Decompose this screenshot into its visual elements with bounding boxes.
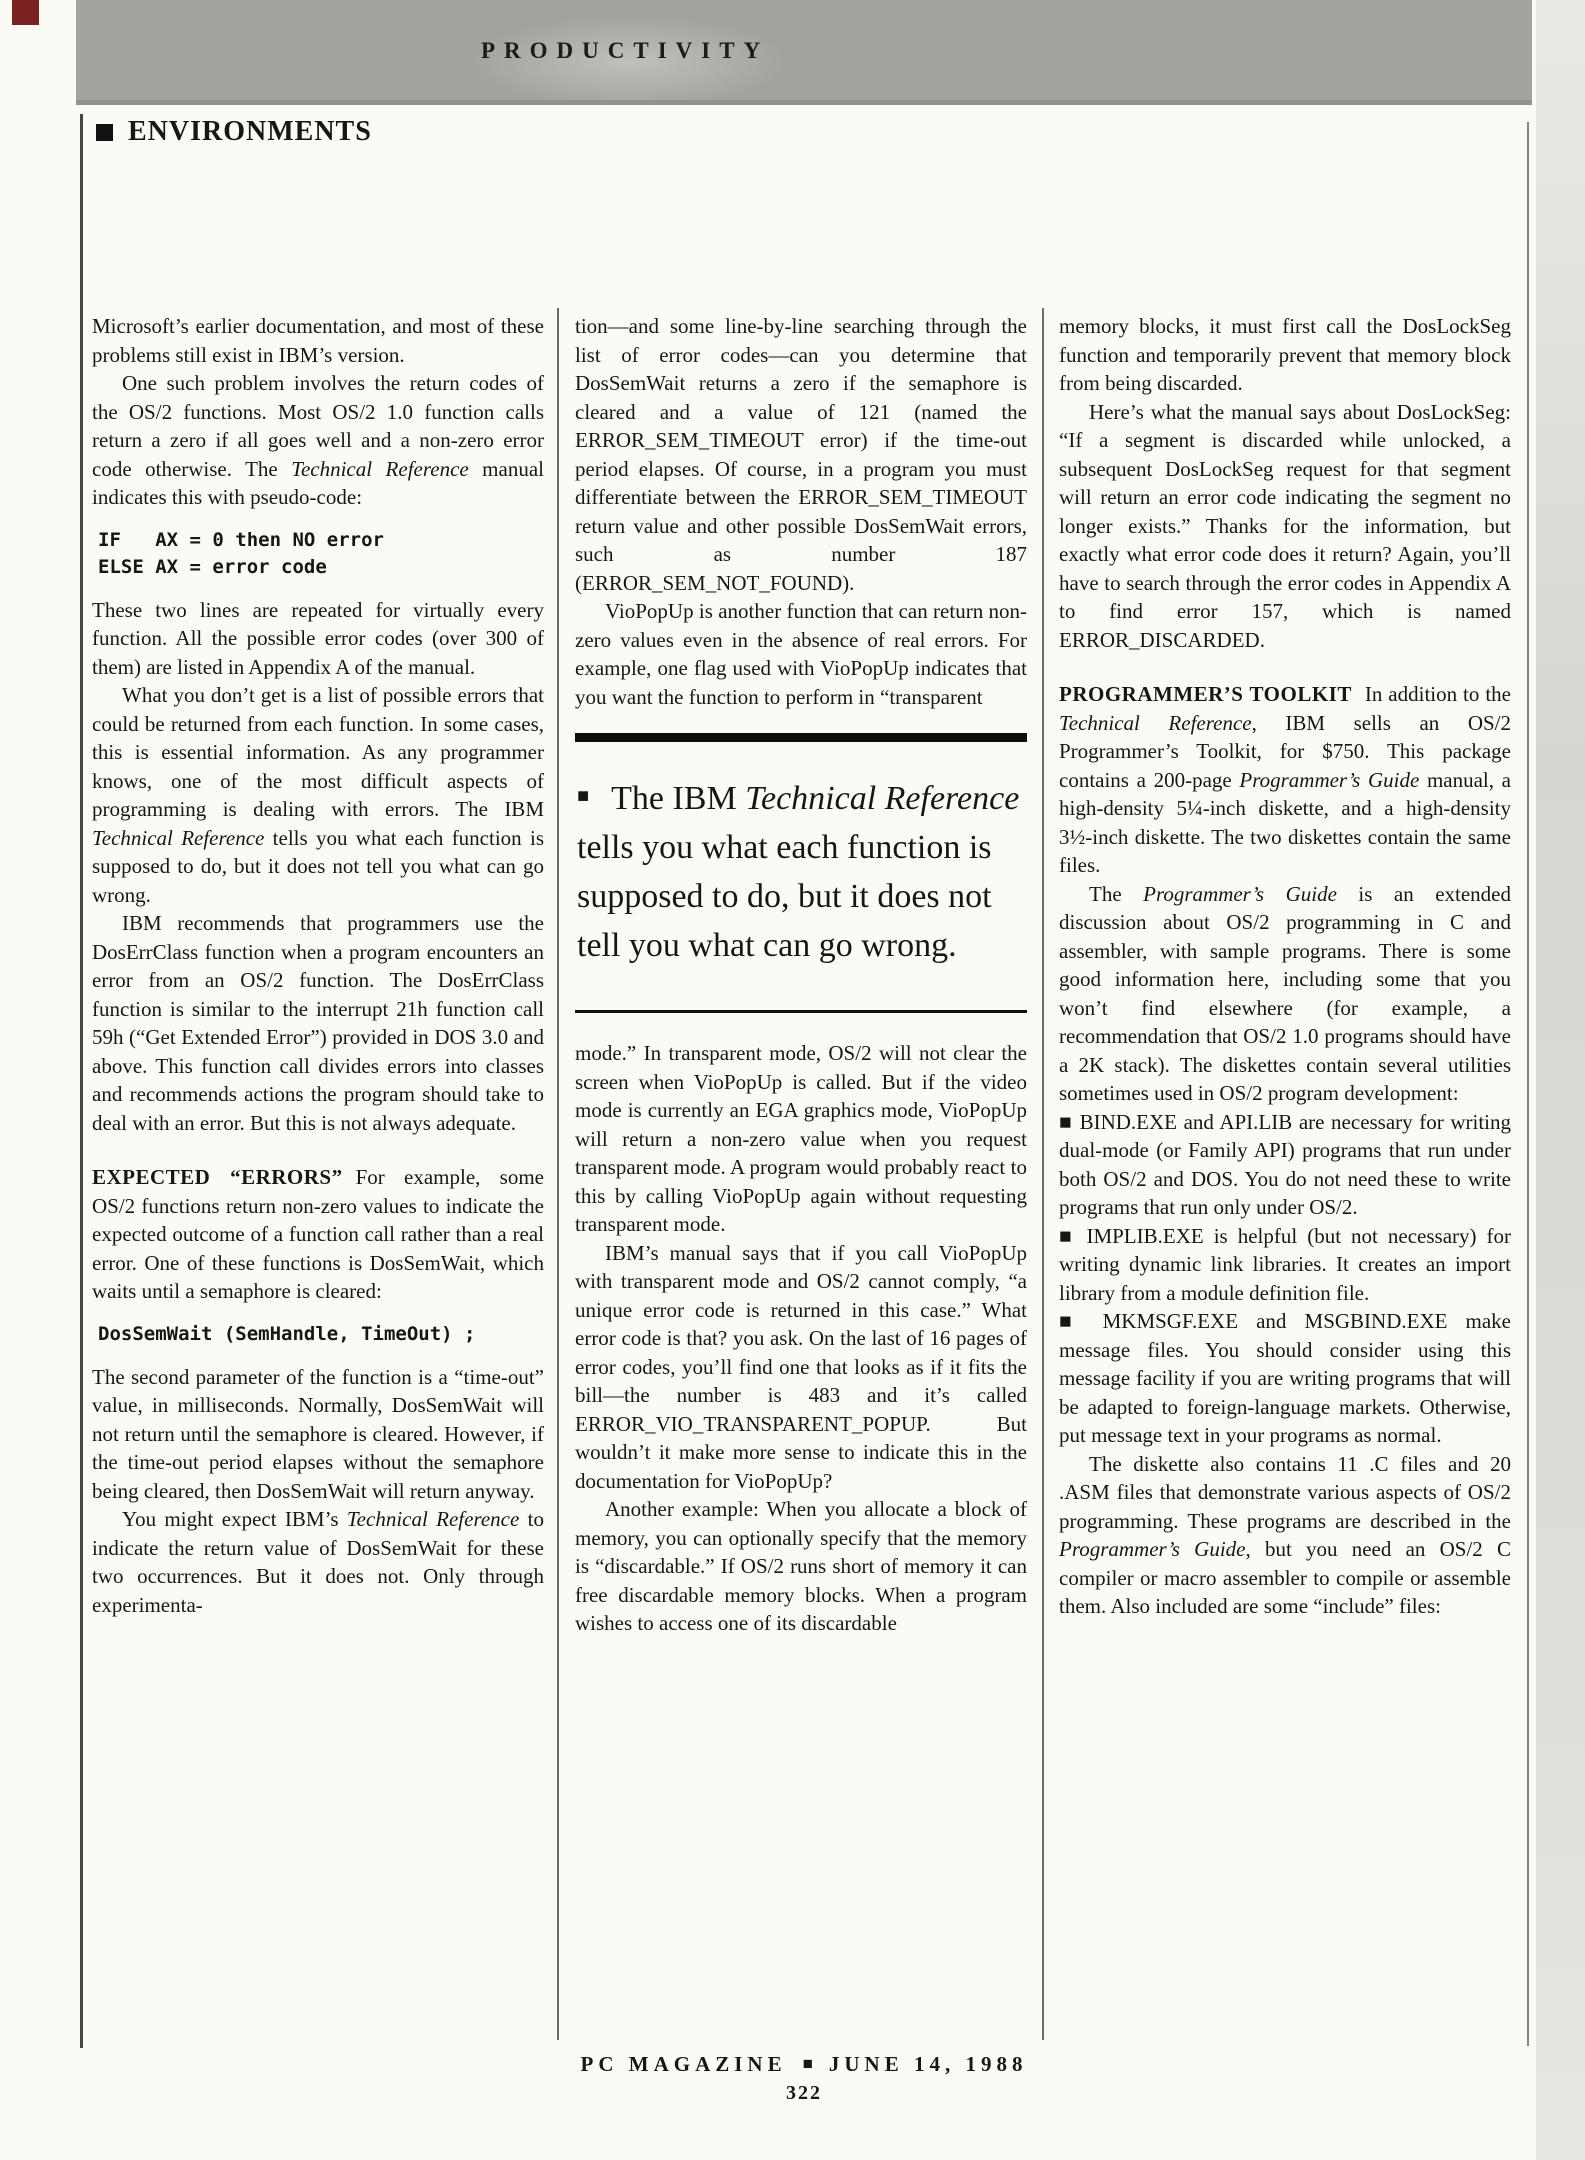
column-divider-1: [557, 308, 559, 2040]
article-column-3: memory blocks, it must first call the Do…: [1059, 312, 1511, 1621]
code-block: IF AX = 0 then NO error ELSE AX = error …: [98, 527, 544, 581]
article-column-2: tion—and some line-by-line searching thr…: [575, 312, 1027, 1638]
footer-date: JUNE 14, 1988: [829, 2052, 1028, 2076]
paragraph: One such problem involves the return cod…: [92, 369, 544, 512]
footer-square-bullet: ■: [803, 2054, 813, 2073]
section-bullet-icon: [96, 124, 113, 141]
paragraph: The second parameter of the function is …: [92, 1363, 544, 1506]
paragraph: Here’s what the manual says about DosLoc…: [1059, 398, 1511, 655]
paragraph: Another example: When you allocate a blo…: [575, 1495, 1027, 1638]
paragraph: Microsoft’s earlier documentation, and m…: [92, 312, 544, 369]
paragraph: IBM’s manual says that if you call VioPo…: [575, 1239, 1027, 1496]
article-column-1: Microsoft’s earlier documentation, and m…: [92, 312, 544, 1619]
paragraph: ■ IMPLIB.EXE is helpful (but not necessa…: [1059, 1222, 1511, 1308]
section-heading-label: ENVIRONMENTS: [128, 116, 372, 148]
page-left-rule: [80, 114, 83, 2048]
paragraph: IBM recommends that programmers use the …: [92, 909, 544, 1137]
page-number: 322: [80, 2082, 1528, 2105]
paragraph: ■ MKMSGF.EXE and MSGBIND.EXE make messag…: [1059, 1307, 1511, 1450]
column-divider-2: [1042, 308, 1044, 2040]
footer-line: PC MAGAZINE■JUNE 14, 1988: [80, 2052, 1528, 2077]
paragraph: The Programmer’s Guide is an extended di…: [1059, 880, 1511, 1108]
page-edge-mark: [12, 0, 39, 25]
scan-edge-strip: [1536, 0, 1585, 2160]
paragraph: What you don’t get is a list of possible…: [92, 681, 544, 909]
paragraph: mode.” In transparent mode, OS/2 will no…: [575, 1039, 1027, 1239]
magazine-page: { "page": { "banner": { "label": "PRODUC…: [0, 0, 1585, 2160]
paragraph: You might expect IBM’s Technical Referen…: [92, 1505, 544, 1619]
paragraph: PROGRAMMER’S TOOLKITIn addition to the T…: [1059, 680, 1511, 880]
pull-quote: ■The IBM Technical Reference tells you w…: [575, 733, 1027, 1013]
paragraph: ■ BIND.EXE and API.LIB are necessary for…: [1059, 1108, 1511, 1222]
paragraph: The diskette also contains 11 .C files a…: [1059, 1450, 1511, 1621]
page-footer: PC MAGAZINE■JUNE 14, 1988 322: [80, 2052, 1528, 2105]
code-block: DosSemWait (SemHandle, TimeOut) ;: [98, 1321, 544, 1348]
section-heading: ENVIRONMENTS: [96, 116, 372, 148]
productivity-banner: PRODUCTIVITY: [76, 0, 1532, 105]
paragraph: memory blocks, it must first call the Do…: [1059, 312, 1511, 398]
paragraph: tion—and some line-by-line searching thr…: [575, 312, 1027, 597]
paragraph: EXPECTED “ERRORS”For example, some OS/2 …: [92, 1163, 544, 1306]
paragraph: These two lines are repeated for virtual…: [92, 596, 544, 682]
page-right-rule: [1527, 122, 1529, 2046]
paragraph: VioPopUp is another function that can re…: [575, 597, 1027, 711]
footer-magazine-name: PC MAGAZINE: [581, 2052, 787, 2076]
banner-title: PRODUCTIVITY: [481, 38, 769, 64]
